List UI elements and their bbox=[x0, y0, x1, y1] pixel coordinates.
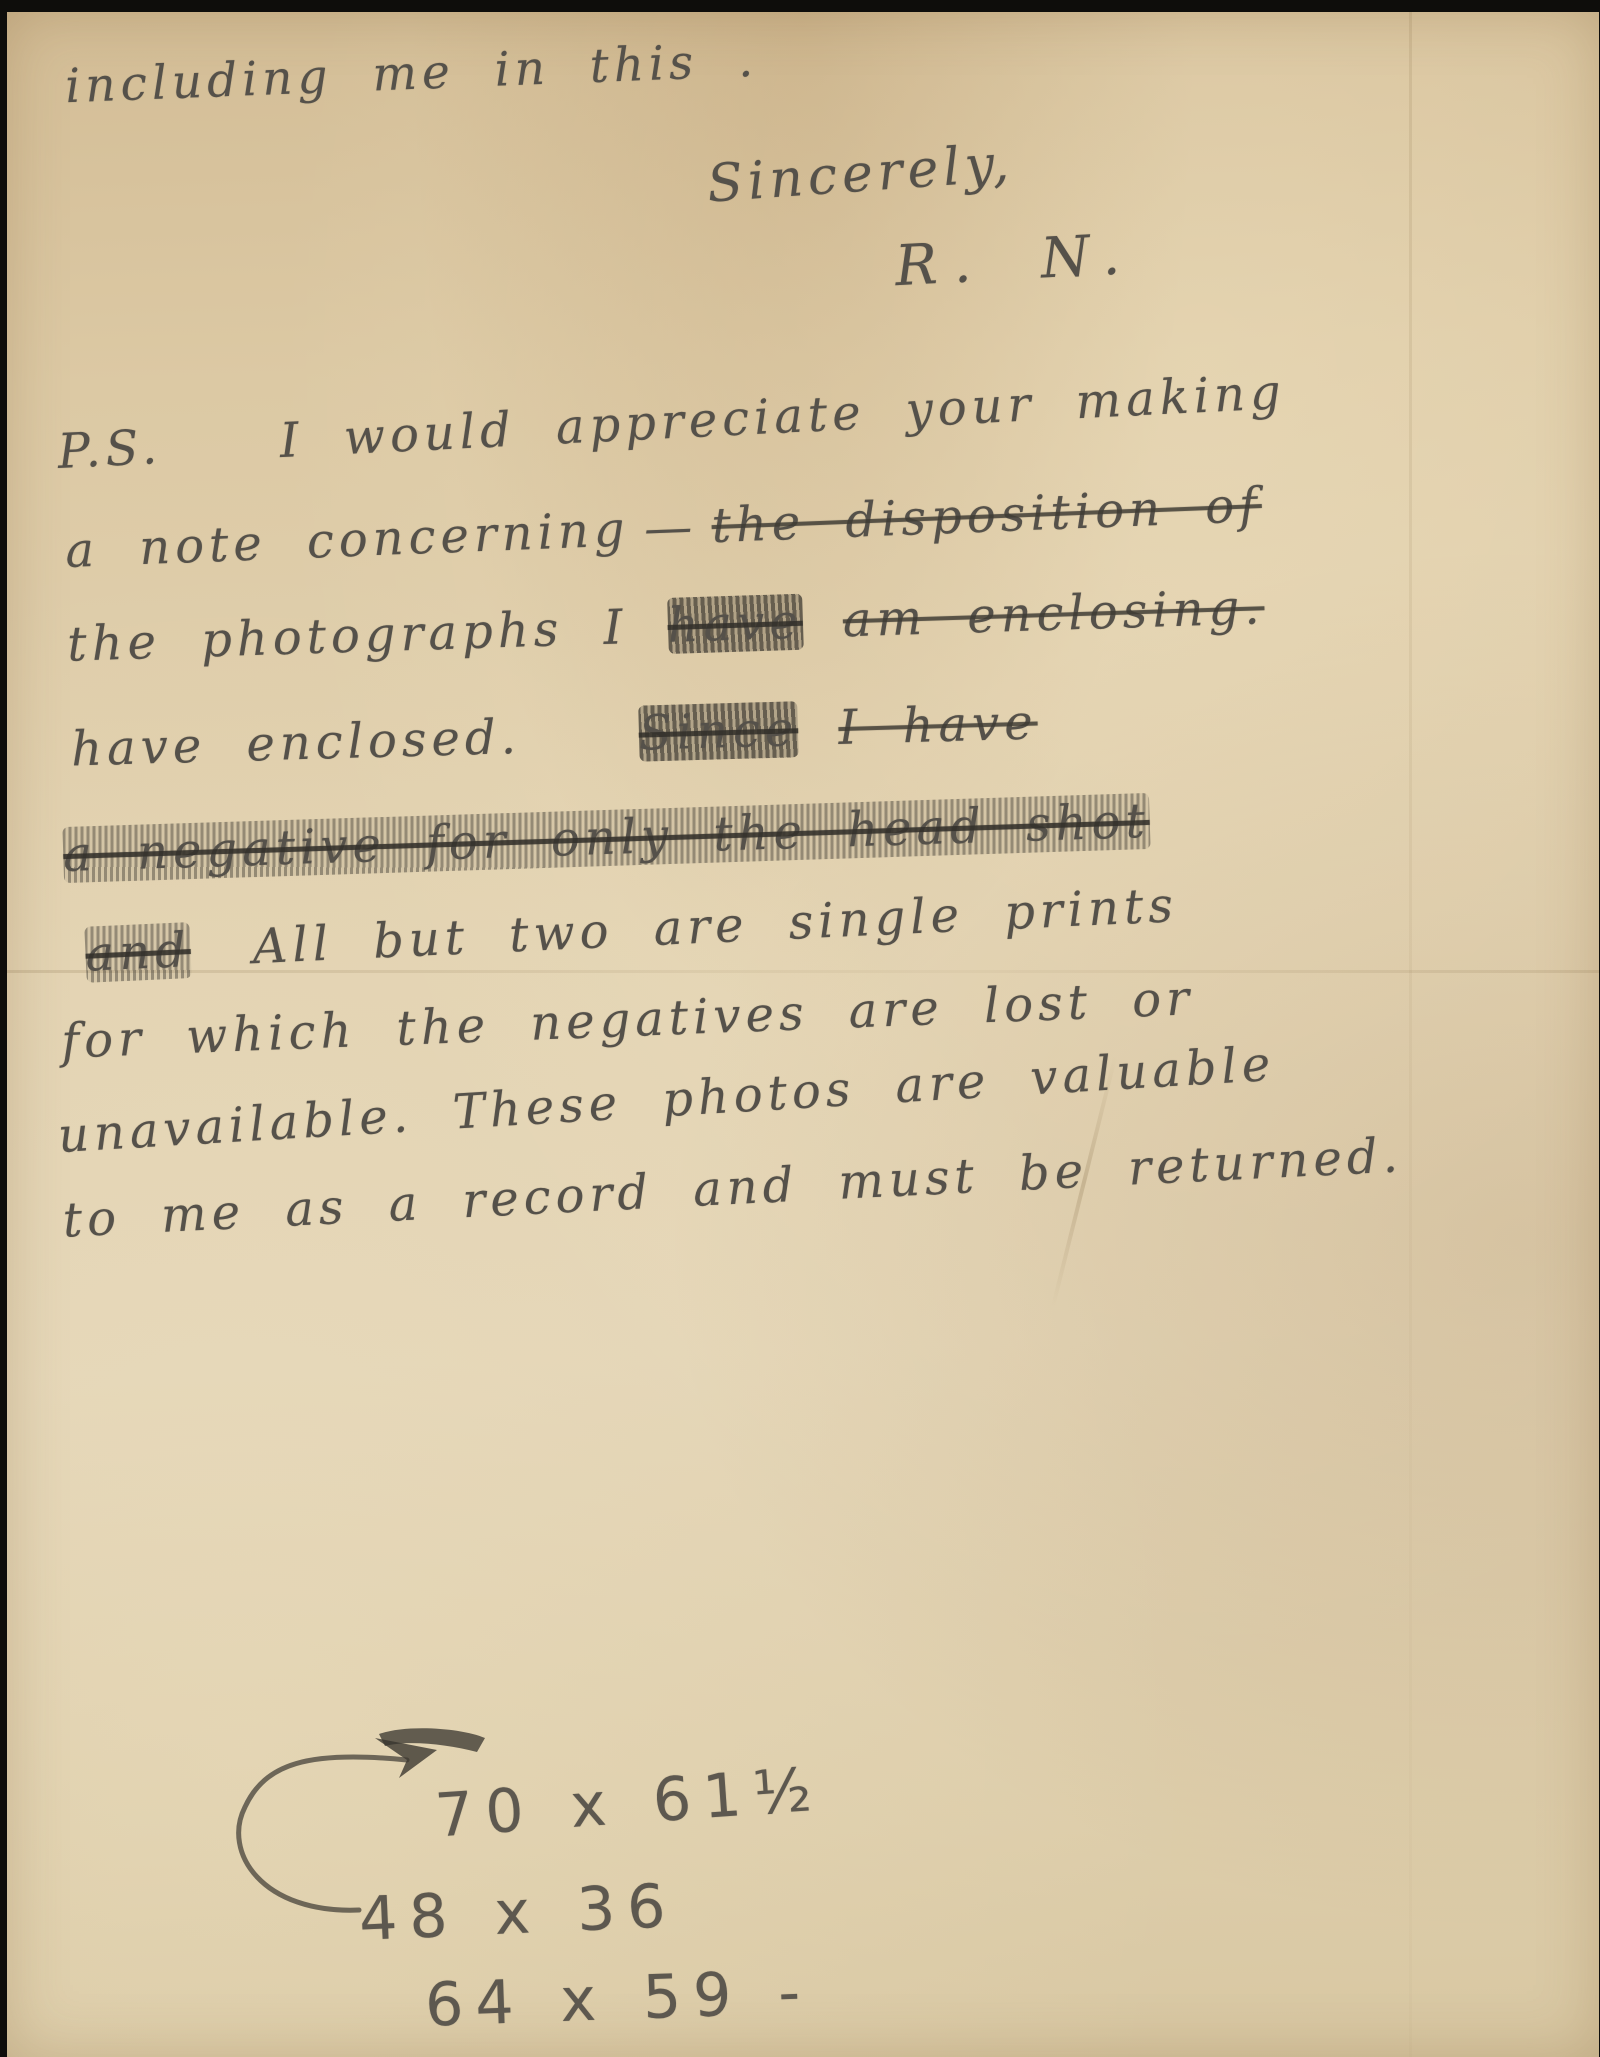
paper-crease-vertical bbox=[1409, 12, 1412, 2057]
measurement-note: 64 x 59 - bbox=[424, 1957, 813, 2040]
ps-line-5-struck-text: a negative for only the head shot bbox=[62, 793, 1150, 883]
ps-line-3: the photographs I have am enclosing. bbox=[66, 579, 1265, 673]
ps-label: P.S. bbox=[56, 419, 163, 480]
signoff: Sincerely, bbox=[705, 133, 1015, 214]
ps-line-1: P.S.I would appreciate your making bbox=[56, 364, 1287, 480]
ps-line-4-struck-text: I have bbox=[838, 695, 1039, 757]
ps-line-4-text: have enclosed. bbox=[70, 709, 521, 778]
signature-initials: R. N. bbox=[893, 222, 1137, 300]
ps-line-6: andAll but two are single prints bbox=[84, 877, 1179, 983]
ps-line-2-struck-text: the disposition of bbox=[711, 477, 1263, 554]
ps-line-4-scribbled-text: Since bbox=[638, 701, 799, 761]
ps-line-6-text: All but two are single prints bbox=[251, 877, 1179, 975]
ps-line-4: have enclosed.Since I have bbox=[70, 695, 1038, 778]
ps-line-3-scribbled-text: have bbox=[667, 594, 804, 654]
measurement-note: 70 x 61½ bbox=[433, 1755, 825, 1852]
ps-line-3-struck-text: am enclosing. bbox=[842, 579, 1265, 648]
measurement-note: 48 x 36 bbox=[358, 1871, 679, 1955]
closing-line: including me in this . bbox=[64, 33, 759, 115]
ps-line-6-scribbled-text: and bbox=[84, 922, 192, 983]
ps-line-3-text: the photographs I bbox=[66, 599, 628, 673]
letter-paper: including me in this . Sincerely, R. N. … bbox=[7, 12, 1599, 2057]
ps-line-5: a negative for only the head shot bbox=[62, 793, 1150, 883]
ps-line-2-text: a note concerning bbox=[64, 501, 630, 579]
ps-line-1-text: I would appreciate your making bbox=[278, 364, 1287, 469]
scanned-letter-page: { "letter": { "closing_line": "including… bbox=[0, 0, 1600, 2057]
ps-line-2: a note concerning — the disposition of bbox=[64, 477, 1262, 579]
